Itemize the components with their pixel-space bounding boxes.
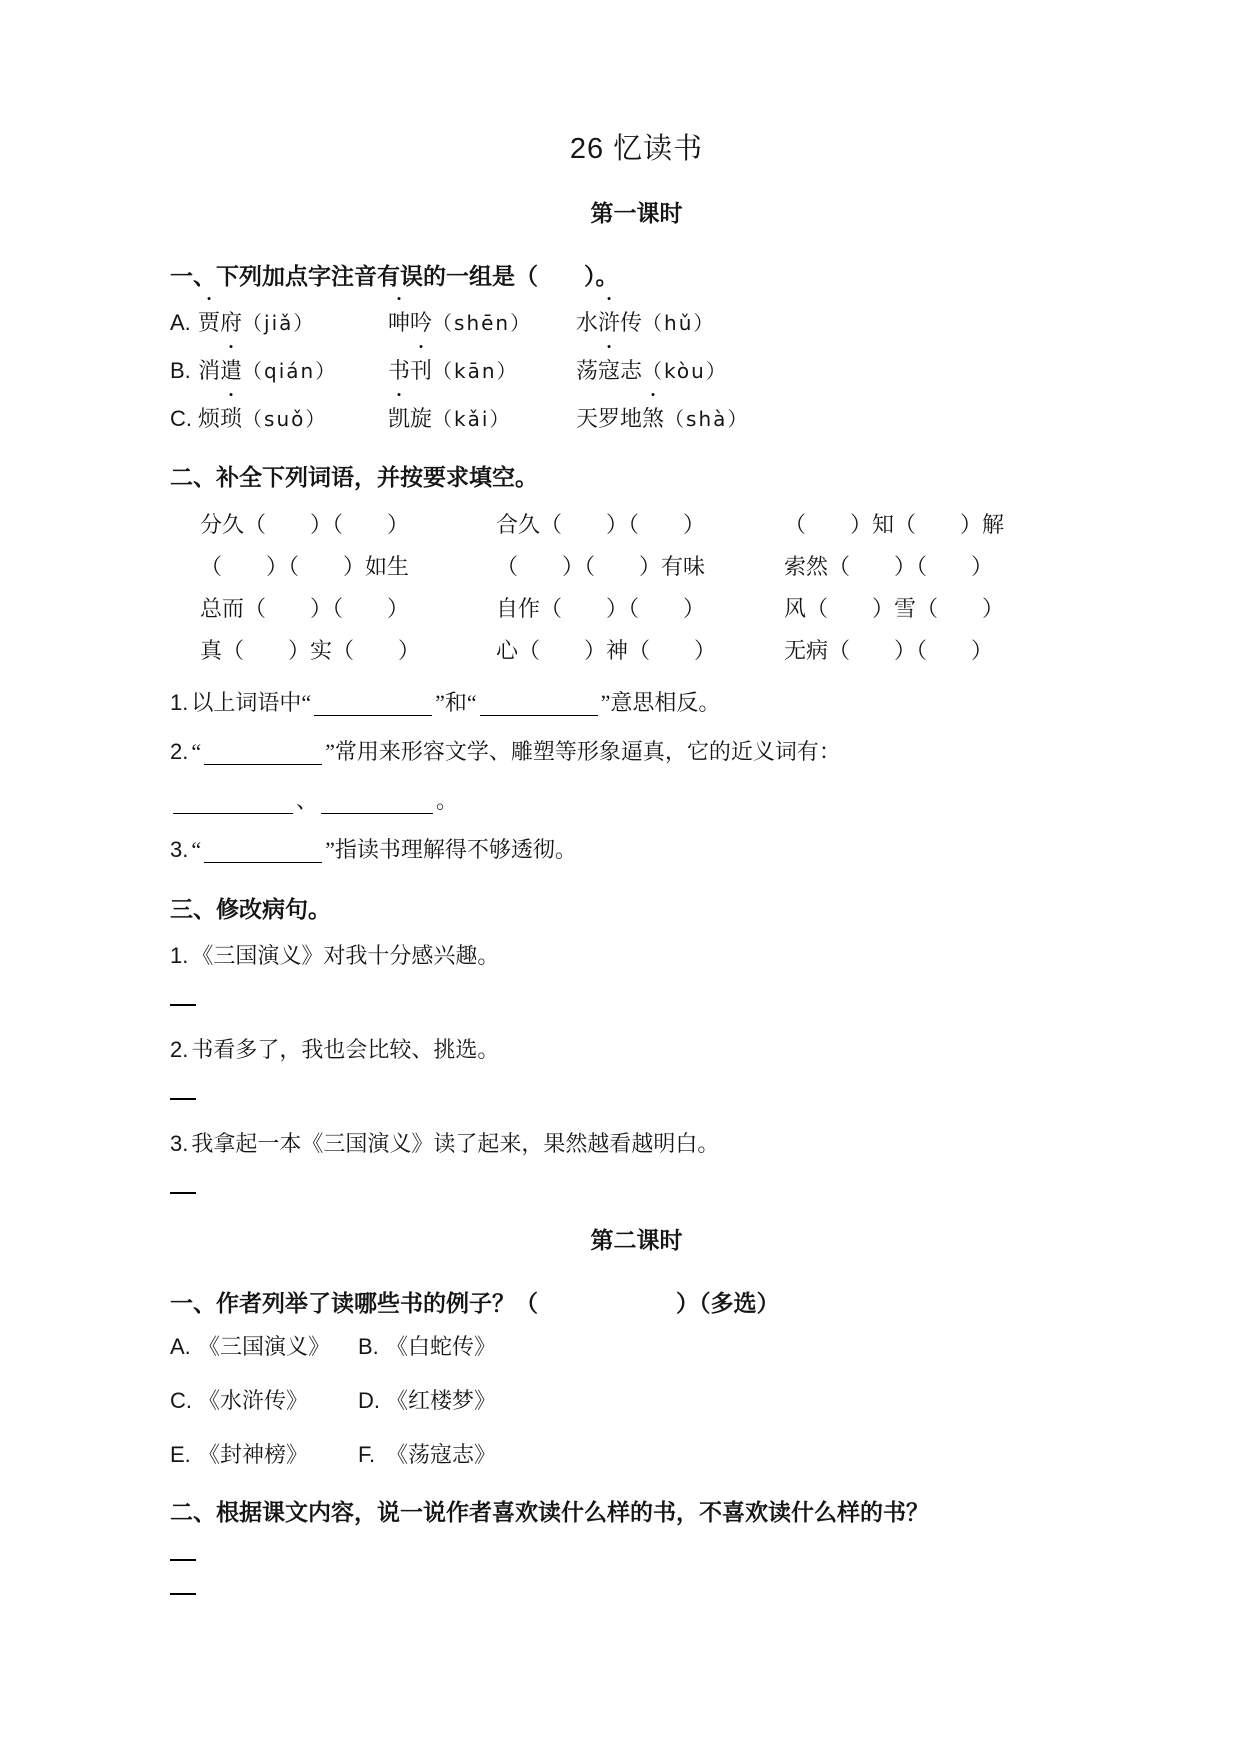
word-blank-cell: 无病（ ）（ ） <box>784 636 1103 666</box>
option-label: A. <box>170 307 198 339</box>
option-label: A. <box>170 1332 198 1362</box>
fill-in-blank[interactable] <box>321 788 433 814</box>
dotted-char: 贾 <box>198 307 220 339</box>
char: 罗 <box>598 403 620 435</box>
sentence-fix-item: 3.我拿起一本《三国演义》读了起来，果然越看越明白。 <box>170 1128 1103 1160</box>
item-number: 3. <box>170 1131 188 1156</box>
dotted-char: 刊 <box>410 355 432 387</box>
pinyin-text: （hǔ） <box>642 311 715 335</box>
text-segment: “ <box>191 837 201 862</box>
pinyin-word-group: 贾府（jiǎ） <box>198 307 388 339</box>
book-title: 《封神榜》 <box>198 1442 308 1467</box>
sentence-fix-item: 1.《三国演义》对我十分感兴趣。 <box>170 940 1103 972</box>
text-segment: ”和“ <box>435 690 477 715</box>
word-blank-cell: （ ）（ ）如生 <box>200 552 496 582</box>
char: 旋 <box>410 403 432 435</box>
word-blank-cell: （ ）知（ ）解 <box>784 510 1103 540</box>
char: 吟 <box>410 307 432 339</box>
option-label: B. <box>358 1332 386 1362</box>
text-segment: ”指读书理解得不够透彻。 <box>325 837 577 862</box>
answer-line[interactable] <box>170 1098 196 1100</box>
s2-question1-heading: 一、作者列举了读哪些书的例子？（ ）（多选） <box>170 1285 1103 1318</box>
s2-answer-area <box>170 1559 1103 1595</box>
dotted-char: 浒 <box>598 307 620 339</box>
char: 消 <box>198 355 220 387</box>
pinyin-word-group: 荡寇志（kòu） <box>576 355 728 387</box>
book-option: B.《白蛇传》 <box>358 1332 618 1362</box>
text-segment: 。 <box>436 788 458 813</box>
vocab-subitem: 1.以上词语中“”和“”意思相反。 <box>170 686 1103 720</box>
dotted-char: 琐 <box>220 403 242 435</box>
dotted-char: 呻 <box>388 307 410 339</box>
session2-title: 第二课时 <box>170 1222 1103 1255</box>
text-segment: 、 <box>296 788 318 813</box>
s2-question2-heading: 二、根据课文内容，说一说作者喜欢读什么样的书，不喜欢读什么样的书？ <box>170 1494 1103 1527</box>
book-title: 《水浒传》 <box>198 1388 308 1413</box>
word-blank-cell: 分久（ ）（ ） <box>200 510 496 540</box>
text-segment: 以上词语中“ <box>191 690 311 715</box>
word-blank-cell: 总而（ ）（ ） <box>200 594 496 624</box>
sentence-text: 书看多了，我也会比较、挑选。 <box>191 1037 499 1062</box>
pinyin-text: （kān） <box>432 359 519 383</box>
answer-line[interactable] <box>170 1192 196 1194</box>
s1-question2-heading: 二、补全下列词语，并按要求填空。 <box>170 459 1103 492</box>
text-segment: “ <box>191 739 201 764</box>
pinyin-option-row: C.烦琐（suǒ）凯旋（kǎi）天罗地煞（shà） <box>170 403 1103 435</box>
fill-in-blank[interactable] <box>204 837 322 863</box>
vocab-subitem: 、。 <box>170 784 1103 818</box>
char: 烦 <box>198 403 220 435</box>
sentence-text: 《三国演义》对我十分感兴趣。 <box>191 943 499 968</box>
vocab-subitem-list: 1.以上词语中“”和“”意思相反。2.“”常用来形容文学、雕塑等形象逼真，它的近… <box>170 686 1103 867</box>
sentence-text: 我拿起一本《三国演义》读了起来，果然越看越明白。 <box>191 1131 719 1156</box>
dotted-char: 寇 <box>598 355 620 387</box>
pinyin-text: （shēn） <box>432 311 532 335</box>
word-blank-cell: 合久（ ）（ ） <box>496 510 784 540</box>
text-segment: ”意思相反。 <box>601 690 721 715</box>
page-title: 26 忆读书 <box>170 126 1103 167</box>
book-title: 《白蛇传》 <box>386 1334 496 1359</box>
word-blank-cell: 索然（ ）（ ） <box>784 552 1103 582</box>
char: 府 <box>220 307 242 339</box>
fill-in-blank[interactable] <box>480 690 598 716</box>
pinyin-text: （kòu） <box>642 359 728 383</box>
word-blank-cell: 自作（ ）（ ） <box>496 594 784 624</box>
word-blank-cell: 真（ ）实（ ） <box>200 636 496 666</box>
word-blank-cell: 心（ ）神（ ） <box>496 636 784 666</box>
answer-line[interactable] <box>170 1593 196 1595</box>
char: 天 <box>576 403 598 435</box>
fill-in-blank[interactable] <box>204 739 322 765</box>
dotted-char: 煞 <box>642 403 664 435</box>
pinyin-word-group: 凯旋（kǎi） <box>388 403 576 435</box>
fill-in-blank[interactable] <box>173 788 293 814</box>
char: 传 <box>620 307 642 339</box>
book-option: F.《荡寇志》 <box>358 1440 618 1470</box>
word-grid: 分久（ ）（ ）合久（ ）（ ）（ ）知（ ）解（ ）（ ）如生（ ）（ ）有味… <box>170 510 1103 666</box>
word-blank-cell: 风（ ）雪（ ） <box>784 594 1103 624</box>
option-label: C. <box>170 403 198 435</box>
book-title: 《红楼梦》 <box>386 1388 496 1413</box>
book-option: E.《封神榜》 <box>170 1440 358 1470</box>
book-title: 《荡寇志》 <box>386 1442 496 1467</box>
answer-line[interactable] <box>170 1559 196 1561</box>
char: 地 <box>620 403 642 435</box>
book-option-list: A.《三国演义》B.《白蛇传》C.《水浒传》D.《红楼梦》E.《封神榜》F.《荡… <box>170 1332 1103 1470</box>
pinyin-word-group: 消遣（qián） <box>198 355 388 387</box>
book-option: C.《水浒传》 <box>170 1386 358 1416</box>
s1-question1-heading: 一、下列加点字注音有误的一组是（ ）。 <box>170 258 1103 291</box>
s1-question3-heading: 三、修改病句。 <box>170 891 1103 924</box>
book-option: A.《三国演义》 <box>170 1332 358 1362</box>
item-number: 3. <box>170 837 188 862</box>
vocab-subitem: 2.“”常用来形容文学、雕塑等形象逼真，它的近义词有： <box>170 735 1103 769</box>
pinyin-text: （kǎi） <box>432 407 511 431</box>
worksheet-page: 26 忆读书 第一课时 一、下列加点字注音有误的一组是（ ）。 A.贾府（jiǎ… <box>0 0 1241 1754</box>
pinyin-text: （shà） <box>664 407 749 431</box>
char: 水 <box>576 307 598 339</box>
item-number: 2. <box>170 739 188 764</box>
pinyin-word-group: 呻吟（shēn） <box>388 307 576 339</box>
book-option: D.《红楼梦》 <box>358 1386 618 1416</box>
option-label: D. <box>358 1386 386 1416</box>
vocab-subitem: 3.“”指读书理解得不够透彻。 <box>170 833 1103 867</box>
sentence-fix-list: 1.《三国演义》对我十分感兴趣。2.书看多了，我也会比较、挑选。3.我拿起一本《… <box>170 940 1103 1194</box>
char: 荡 <box>576 355 598 387</box>
pinyin-option-row: B.消遣（qián）书刊（kān）荡寇志（kòu） <box>170 355 1103 387</box>
pinyin-word-group: 书刊（kān） <box>388 355 576 387</box>
pinyin-text: （qián） <box>242 359 337 383</box>
pinyin-text: （suǒ） <box>242 407 327 431</box>
pinyin-option-row: A.贾府（jiǎ）呻吟（shēn）水浒传（hǔ） <box>170 307 1103 339</box>
char: 志 <box>620 355 642 387</box>
item-number: 1. <box>170 943 188 968</box>
item-number: 2. <box>170 1037 188 1062</box>
text-segment: ”常用来形容文学、雕塑等形象逼真，它的近义词有： <box>325 739 841 764</box>
option-label: E. <box>170 1440 198 1470</box>
char: 书 <box>388 355 410 387</box>
word-blank-cell: （ ）（ ）有味 <box>496 552 784 582</box>
pinyin-option-list: A.贾府（jiǎ）呻吟（shēn）水浒传（hǔ）B.消遣（qián）书刊（kān… <box>170 307 1103 435</box>
pinyin-word-group: 水浒传（hǔ） <box>576 307 715 339</box>
item-number: 1. <box>170 690 188 715</box>
fill-in-blank[interactable] <box>314 690 432 716</box>
pinyin-word-group: 烦琐（suǒ） <box>198 403 388 435</box>
book-title: 《三国演义》 <box>198 1334 330 1359</box>
option-label: F. <box>358 1440 386 1470</box>
dotted-char: 凯 <box>388 403 410 435</box>
dotted-char: 遣 <box>220 355 242 387</box>
option-label: B. <box>170 355 198 387</box>
sentence-fix-item: 2.书看多了，我也会比较、挑选。 <box>170 1034 1103 1066</box>
session1-title: 第一课时 <box>170 195 1103 228</box>
pinyin-word-group: 天罗地煞（shà） <box>576 403 749 435</box>
pinyin-text: （jiǎ） <box>242 311 315 335</box>
answer-line[interactable] <box>170 1004 196 1006</box>
option-label: C. <box>170 1386 198 1416</box>
